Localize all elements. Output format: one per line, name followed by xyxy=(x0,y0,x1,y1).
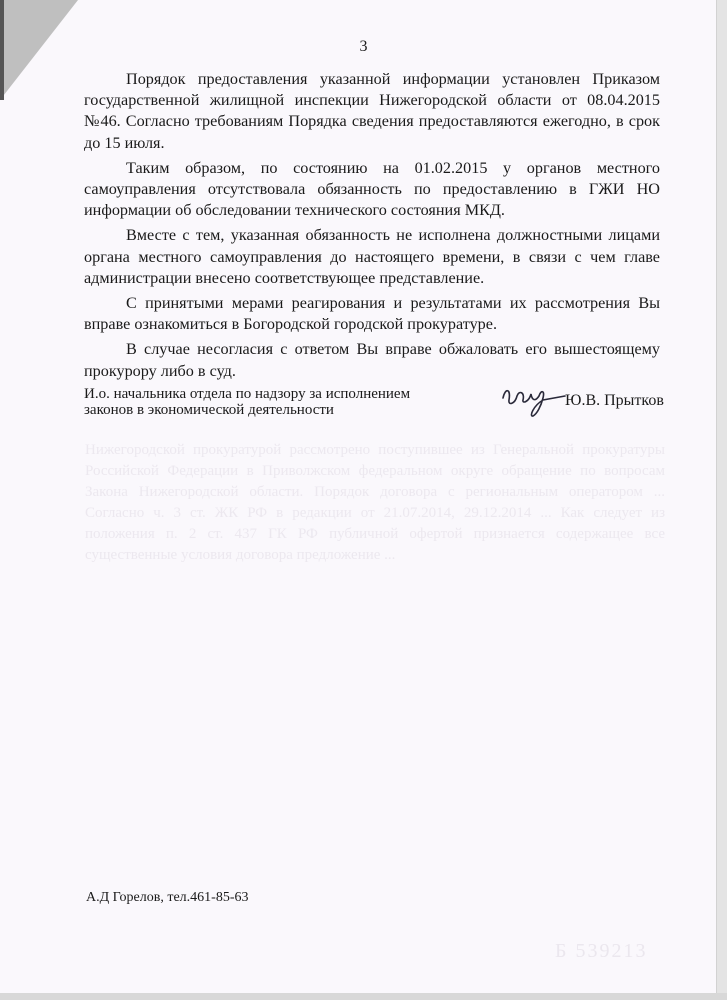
letter-body: Порядок предоставления указанной информа… xyxy=(84,69,660,386)
executor-contact: А.Д Горелов, тел.461-85-63 xyxy=(86,890,248,906)
paragraph-conclusion: Таким образом, по состоянию на 01.02.201… xyxy=(84,158,660,222)
signature-block: И.о. начальника отдела по надзору за исп… xyxy=(84,386,684,418)
paragraph-procedure: Порядок предоставления указанной информа… xyxy=(84,69,660,154)
form-serial-number: Б 539213 xyxy=(555,940,647,963)
handwritten-signature-icon xyxy=(499,376,569,418)
scan-bottom-margin xyxy=(0,993,727,1000)
signer-name: Ю.В. Прытков xyxy=(565,393,664,409)
scan-right-margin xyxy=(716,0,727,1000)
signer-position-line2: законов в экономической деятельности xyxy=(84,402,444,418)
document-page: Нижегородской прокуратурой рассмотрено п… xyxy=(0,0,716,993)
paragraph-appeal: В случае несогласия с ответом Вы вправе … xyxy=(84,339,660,381)
paragraph-representation: Вместе с тем, указанная обязанность не и… xyxy=(84,225,660,289)
bleed-through-text: Нижегородской прокуратурой рассмотрено п… xyxy=(85,440,665,566)
signer-position-line1: И.о. начальника отдела по надзору за исп… xyxy=(84,386,444,402)
paragraph-review: С принятыми мерами реагирования и резуль… xyxy=(84,293,660,335)
page-number: 3 xyxy=(0,38,727,56)
